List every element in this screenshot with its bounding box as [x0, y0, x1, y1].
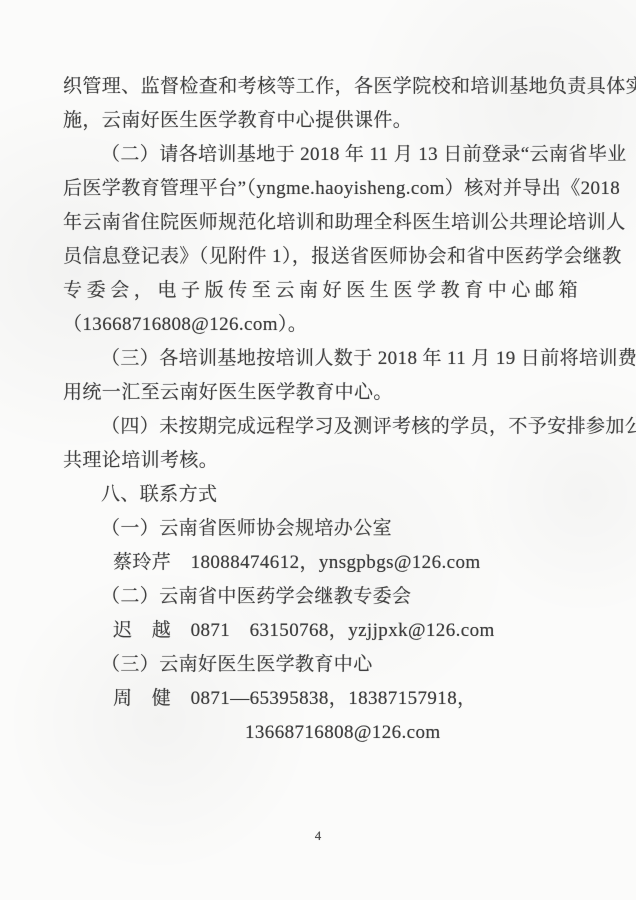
text-line: （三）各培训基地按培训人数于 2018 年 11 月 19 日前将培训费: [63, 342, 577, 376]
text-line: 年云南省住院医师规范化培训和助理全科医生培训公共理论培训人: [63, 206, 577, 240]
text-line: 共理论培训考核。: [63, 444, 577, 478]
text-line: 后医学教育管理平台”（yngme.haoyisheng.com）核对并导出《20…: [63, 172, 577, 206]
text-line: 员信息登记表》（见附件 1），报送省医师协会和省中医药学会继教: [63, 240, 577, 274]
contact-detail: 周 健 0871—65395838，18387157918，: [63, 682, 577, 716]
page-number: 4: [0, 826, 636, 846]
text-line: （13668716808@126.com）。: [63, 308, 577, 342]
contact-detail: 迟 越 0871 63150768，yzjjpxk@126.com: [63, 614, 577, 648]
text-line: 织管理、监督检查和考核等工作，各医学院校和培训基地负责具体实: [63, 70, 577, 104]
contact-org: （一）云南省医师协会规培办公室: [63, 512, 577, 546]
contact-org: （二）云南省中医药学会继教专委会: [63, 580, 577, 614]
document-body: 织管理、监督检查和考核等工作，各医学院校和培训基地负责具体实 施，云南好医生医学…: [63, 70, 577, 750]
document-page: 织管理、监督检查和考核等工作，各医学院校和培训基地负责具体实 施，云南好医生医学…: [0, 0, 636, 900]
contact-detail: 蔡玲芹 18088474612，ynsgpbgs@126.com: [63, 546, 577, 580]
text-line: （二）请各培训基地于 2018 年 11 月 13 日前登录“云南省毕业: [63, 138, 577, 172]
section-heading: 八、联系方式: [63, 478, 577, 512]
text-line: 施，云南好医生医学教育中心提供课件。: [63, 104, 577, 138]
text-line: 专委会，电子版传至云南好医生医学教育中心邮箱: [63, 274, 577, 308]
contact-email-line: 13668716808@126.com: [63, 716, 577, 750]
text-line: 用统一汇至云南好医生医学教育中心。: [63, 376, 577, 410]
contact-org: （三）云南好医生医学教育中心: [63, 648, 577, 682]
text-line: （四）未按期完成远程学习及测评考核的学员，不予安排参加公: [63, 410, 577, 444]
